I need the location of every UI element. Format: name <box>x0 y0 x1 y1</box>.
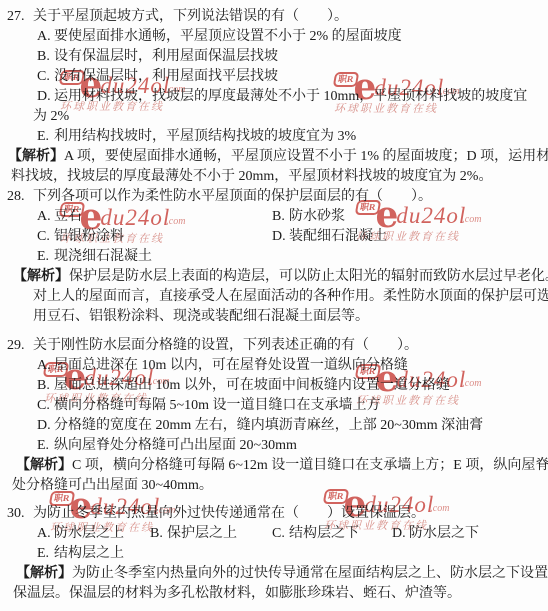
option-letter: C. <box>272 524 289 544</box>
analysis-text: 处分格缝可凸出屋面 30~40mm。 <box>12 478 213 493</box>
option-row: E.纵向屋脊处分格缝可凸出屋面 20~30mm <box>37 436 542 456</box>
option-E: E.纵向屋脊处分格缝可凸出屋面 20~30mm <box>37 436 297 456</box>
option-text: 保护层之上 <box>167 526 237 541</box>
question-stem: 为防止冬季室内热量向外过快传递通常在（ ）设置保温层。 <box>33 504 542 524</box>
option-letter: D. <box>37 416 54 436</box>
question-block: 28.下列各项可以作为柔性防水平屋顶面的保护层面层的有（ ）。A.豆石B.防水砂… <box>0 187 548 327</box>
option-letter: C. <box>37 227 54 247</box>
option-letter: D. <box>392 524 409 544</box>
analysis-line: 用豆石、铝银粉涂料、现浇或装配细石混凝土面层等。 <box>33 307 542 327</box>
question-block: 29.关于刚性防水层面分格缝的设置，下列表述正确的有（ ）。A.屋面总进深在 1… <box>0 336 548 496</box>
option-row: B.设有保温层时，利用屋面保温层找坡 <box>37 47 542 67</box>
option-letter: D. <box>272 227 289 247</box>
option-A: A.防水层之上 <box>37 524 150 544</box>
option-B: B.保护层之上 <box>150 524 272 544</box>
analysis-line: 【解析】C 项，横向分格缝可每隔 6~12m 设一道目缝口在支承墙上方；E 项，… <box>16 456 542 476</box>
option-B: B.防水砂浆 <box>272 207 345 227</box>
option-text: 没有保温层时，利用屋面找平层找坡 <box>54 69 278 84</box>
option-letter: A. <box>37 356 54 376</box>
option-letter: A. <box>37 27 54 47</box>
analysis-tag: 【解析】 <box>8 149 64 164</box>
option-row: D.运用材料找坡，找坡层的厚度最薄处不小于 10mm，平屋顶材料找坡的坡度宜 <box>37 87 542 107</box>
option-text: 防水层之上 <box>54 526 124 541</box>
option-text: 运用材料找坡，找坡层的厚度最薄处不小于 10mm，平屋顶材料找坡的坡度宜 <box>54 89 527 104</box>
option-text: 装配细石混凝土 <box>289 229 387 244</box>
question-stem: 关于平屋顶起坡方式，下列说法错误的有（ ）。 <box>33 7 542 27</box>
option-row: E.结构层之上 <box>37 544 542 564</box>
option-A: A.要使屋面排水通畅，平屋顶应设置不小于 2% 的屋面坡度 <box>37 27 402 47</box>
option-letter: C. <box>37 67 54 87</box>
option-row: C.铝银粉涂料D.装配细石混凝土 <box>37 227 542 247</box>
option-letter: E. <box>37 544 54 564</box>
option-E: E.结构层之上 <box>37 544 124 564</box>
analysis-line: 保温层。保温层的材料为多孔松散材料，如膨胀珍珠岩、蛭石、炉渣等。 <box>13 584 542 604</box>
analysis-text: 为防止冬季室内热量向外的过快传导通常在屋面结构层之上、防水层之下设置 <box>72 566 548 581</box>
option-letter: A. <box>37 524 54 544</box>
option-row: B.屋面总进深超出 10m 以外，可在坡面中间板缝内设置一道分格缝 <box>37 376 542 396</box>
option-D: D.运用材料找坡，找坡层的厚度最薄处不小于 10mm，平屋顶材料找坡的坡度宜 <box>37 87 527 107</box>
option-text: 屋面总进深超出 10m 以外，可在坡面中间板缝内设置一道分格缝 <box>54 378 450 393</box>
option-letter: E. <box>37 127 54 147</box>
option-text: 防水砂浆 <box>289 209 345 224</box>
analysis-text: 保护层是防水层上表面的构造层，可以防止太阳光的辐射而致防水层过早老化。 <box>69 269 548 284</box>
option-letter: B. <box>37 47 54 67</box>
option-text: 防水层之下 <box>409 526 479 541</box>
analysis-line: 对上人的屋面而言，直接承受人在屋面活动的各种作用。柔性防水顶面的保护层可选 <box>33 287 542 307</box>
option-D: D.分格缝的宽度在 20mm 左右，缝内填沥青麻丝，上部 20~30mm 深油膏 <box>37 416 483 436</box>
option-letter: A. <box>37 207 54 227</box>
option-C: C.横向分格缝可每隔 5~10m 设一道目缝口在支承墙上方 <box>37 396 380 416</box>
option-letter: E. <box>37 247 54 267</box>
analysis-line: 【解析】保护层是防水层上表面的构造层，可以防止太阳光的辐射而致防水层过早老化。 <box>13 267 542 287</box>
option-C: C.没有保温层时，利用屋面找平层找坡 <box>37 67 278 87</box>
option-letter: E. <box>37 436 54 456</box>
option-B: B.屋面总进深超出 10m 以外，可在坡面中间板缝内设置一道分格缝 <box>37 376 450 396</box>
option-row: E.现浇细石混凝土 <box>37 247 542 267</box>
option-E: E.利用结构找坡时，平屋顶结构找坡的坡度宜为 3% <box>37 127 356 147</box>
option-row: C.横向分格缝可每隔 5~10m 设一道目缝口在支承墙上方 <box>37 396 542 416</box>
option-text: 利用结构找坡时，平屋顶结构找坡的坡度宜为 3% <box>54 129 356 144</box>
analysis-line: 【解析】A 项，要使屋面排水通畅，平屋顶应设置不小于 1% 的屋面坡度；D 项，… <box>8 147 542 167</box>
option-C: C.铝银粉涂料 <box>37 227 272 247</box>
analysis-line: 料找坡，找坡层的厚度最薄处不小于 20mm，平屋顶材料找坡的坡度宜为 2%。 <box>11 167 542 187</box>
option-row: A.要使屋面排水通畅，平屋顶应设置不小于 2% 的屋面坡度 <box>37 27 542 47</box>
analysis-line: 【解析】为防止冬季室内热量向外的过快传导通常在屋面结构层之上、防水层之下设置 <box>16 564 542 584</box>
option-row: A.防水层之上B.保护层之上C.结构层之下D.防水层之下 <box>37 524 542 544</box>
option-text: 豆石 <box>54 209 82 224</box>
option-letter: D. <box>37 87 54 107</box>
question-number: 30. <box>7 504 25 524</box>
option-letter: C. <box>37 396 54 416</box>
option-text: 要使屋面排水通畅，平屋顶应设置不小于 2% 的屋面坡度 <box>54 29 402 44</box>
analysis-text: 保温层。保温层的材料为多孔松散材料，如膨胀珍珠岩、蛭石、炉渣等。 <box>13 586 461 601</box>
question-number: 29. <box>7 336 25 356</box>
exam-questions: 27.关于平屋顶起坡方式，下列说法错误的有（ ）。A.要使屋面排水通畅，平屋顶应… <box>0 0 548 604</box>
analysis-tag: 【解析】 <box>16 566 72 581</box>
option-C: C.结构层之下 <box>272 524 392 544</box>
option-text: 结构层之下 <box>289 526 359 541</box>
option-text: 横向分格缝可每隔 5~10m 设一道目缝口在支承墙上方 <box>54 398 380 413</box>
analysis-text: 用豆石、铝银粉涂料、现浇或装配细石混凝土面层等。 <box>33 309 369 324</box>
option-text: 分格缝的宽度在 20mm 左右，缝内填沥青麻丝，上部 20~30mm 深油膏 <box>54 418 483 433</box>
option-D: D.装配细石混凝土 <box>272 227 387 247</box>
option-E: E.现浇细石混凝土 <box>37 247 152 267</box>
scanned-exam-page: { "page": { "type": "exam-multiple-choic… <box>0 0 548 611</box>
analysis-text: 对上人的屋面而言，直接承受人在屋面活动的各种作用。柔性防水顶面的保护层可选 <box>33 289 548 304</box>
question-block: 27.关于平屋顶起坡方式，下列说法错误的有（ ）。A.要使屋面排水通畅，平屋顶应… <box>0 7 548 187</box>
analysis-text: 料找坡，找坡层的厚度最薄处不小于 20mm，平屋顶材料找坡的坡度宜为 2%。 <box>11 169 492 184</box>
question-stem: 下列各项可以作为柔性防水平屋顶面的保护层面层的有（ ）。 <box>33 187 542 207</box>
option-row: A.豆石B.防水砂浆 <box>37 207 542 227</box>
option-B: B.设有保温层时，利用屋面保温层找坡 <box>37 47 278 67</box>
option-text: 屋面总进深在 10m 以内，可在屋脊处设置一道纵向分格缝 <box>54 358 408 373</box>
question-block: 30.为防止冬季室内热量向外过快传递通常在（ ）设置保温层。A.防水层之上B.保… <box>0 504 548 604</box>
option-text: 结构层之上 <box>54 546 124 561</box>
option-letter: B. <box>37 376 54 396</box>
option-text: 铝银粉涂料 <box>54 229 124 244</box>
option-row: E.利用结构找坡时，平屋顶结构找坡的坡度宜为 3% <box>37 127 542 147</box>
analysis-text: A 项，要使屋面排水通畅，平屋顶应设置不小于 1% 的屋面坡度；D 项，运用材 <box>64 149 548 164</box>
analysis-tag: 【解析】 <box>16 458 72 473</box>
option-A: A.豆石 <box>37 207 272 227</box>
option-letter: B. <box>150 524 167 544</box>
option-text: 纵向屋脊处分格缝可凸出屋面 20~30mm <box>54 438 297 453</box>
option-letter: B. <box>272 207 289 227</box>
option-continuation: 为 2% <box>33 107 542 127</box>
option-row: D.分格缝的宽度在 20mm 左右，缝内填沥青麻丝，上部 20~30mm 深油膏 <box>37 416 542 436</box>
analysis-tag: 【解析】 <box>13 269 69 284</box>
option-row: A.屋面总进深在 10m 以内，可在屋脊处设置一道纵向分格缝 <box>37 356 542 376</box>
option-row: C.没有保温层时，利用屋面找平层找坡 <box>37 67 542 87</box>
analysis-line: 处分格缝可凸出屋面 30~40mm。 <box>12 476 542 496</box>
option-text: 设有保温层时，利用屋面保温层找坡 <box>54 49 278 64</box>
option-text: 现浇细石混凝土 <box>54 249 152 264</box>
analysis-text: C 项，横向分格缝可每隔 6~12m 设一道目缝口在支承墙上方；E 项，纵向屋脊 <box>72 458 548 473</box>
question-number: 27. <box>7 7 25 27</box>
option-D: D.防水层之下 <box>392 524 479 544</box>
question-stem: 关于刚性防水层面分格缝的设置，下列表述正确的有（ ）。 <box>33 336 542 356</box>
option-A: A.屋面总进深在 10m 以内，可在屋脊处设置一道纵向分格缝 <box>37 356 408 376</box>
question-number: 28. <box>7 187 25 207</box>
